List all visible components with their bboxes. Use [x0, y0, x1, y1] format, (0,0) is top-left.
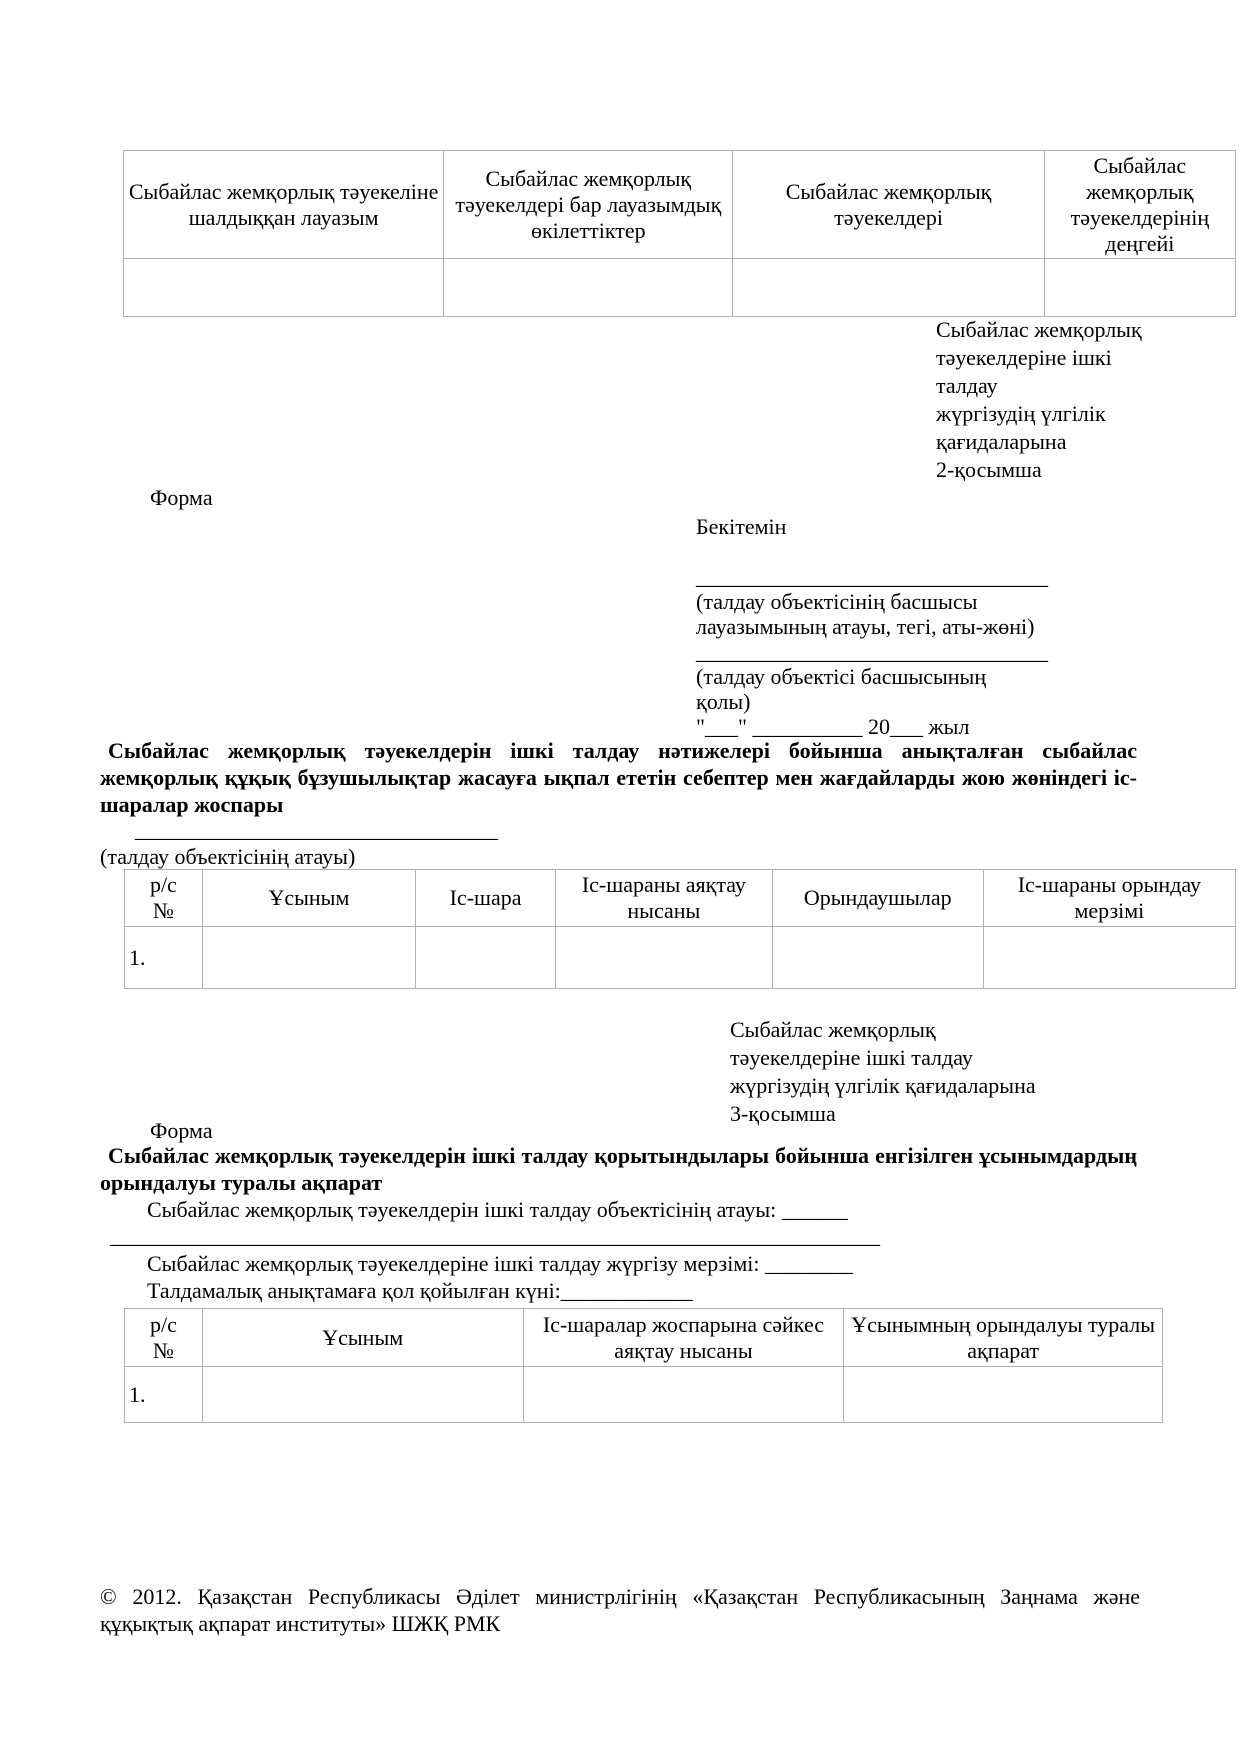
table-header-row: Сыбайлас жемқорлық тәуекеліне шалдыққан … [124, 151, 1236, 259]
action-plan-table: р/с № Ұсыным Іс-шара Іс-шараны аяқтау ны… [124, 869, 1236, 989]
appendix-2-reference: Сыбайлас жемқорлық тәуекелдеріне ішкі та… [936, 316, 1226, 484]
table-cell [556, 927, 773, 989]
col-header-number: р/с № [125, 1309, 203, 1367]
table-cell [202, 1367, 523, 1423]
table-row [124, 259, 1236, 317]
table-cell [523, 1367, 844, 1423]
object-name-field: Сыбайлас жемқорлық тәуекелдерін ішкі тал… [147, 1196, 848, 1223]
table-cell [416, 927, 556, 989]
col-header-risk-level: Сыбайлас жемқорлық тәуекелдерінің деңгей… [1044, 151, 1235, 259]
table-cell [772, 927, 983, 989]
col-header-implementation-info: Ұсынымның орындалуы туралы ақпарат [844, 1309, 1163, 1367]
recommendation-info-table: р/с № Ұсыным Іс-шаралар жоспарына сәйкес… [124, 1308, 1163, 1423]
action-plan-heading: Сыбайлас жемқорлық тәуекелдерін ішкі тал… [100, 737, 1137, 818]
table-header-row: р/с № Ұсыным Іс-шара Іс-шараны аяқтау ны… [125, 870, 1236, 927]
approval-block: Бекітемін ______________________________… [696, 514, 1096, 739]
corruption-risk-table: Сыбайлас жемқорлық тәуекеліне шалдыққан … [123, 150, 1236, 317]
signature-date-field: Талдамалық анықтамаға қол қойылған күні:… [147, 1277, 693, 1304]
table-cell [202, 927, 415, 989]
appendix-3-reference: Сыбайлас жемқорлық тәуекелдеріне ішкі та… [730, 1016, 1110, 1128]
object-name-caption: (талдау объектісінің атауы) [100, 843, 355, 870]
col-header-completion-form: Іс-шаралар жоспарына сәйкес аяқтау нысан… [523, 1309, 844, 1367]
table-cell [733, 259, 1044, 317]
table-header-row: р/с № Ұсыным Іс-шаралар жоспарына сәйкес… [125, 1309, 1163, 1367]
col-header-recommendation: Ұсыным [202, 1309, 523, 1367]
col-header-completion-form: Іс-шараны аяқтау нысаны [556, 870, 773, 927]
col-header-risks: Сыбайлас жемқорлық тәуекелдері [733, 151, 1044, 259]
row-number-cell: 1. [125, 927, 203, 989]
form-label: Форма [150, 484, 213, 511]
col-header-measure: Іс-шара [416, 870, 556, 927]
implementation-info-heading: Сыбайлас жемқорлық тәуекелдерін ішкі тал… [100, 1142, 1137, 1196]
analysis-period-field: Сыбайлас жемқорлық тәуекелдеріне ішкі та… [147, 1250, 853, 1277]
col-header-powers: Сыбайлас жемқорлық тәуекелдері бар лауаз… [444, 151, 733, 259]
col-header-executors: Орындаушылар [772, 870, 983, 927]
blank-fill-line: ________________________________________… [110, 1222, 880, 1249]
col-header-number: р/с № [125, 870, 203, 927]
document-page: Сыбайлас жемқорлық тәуекеліне шалдыққан … [0, 0, 1241, 1755]
table-cell [983, 927, 1235, 989]
col-header-recommendation: Ұсыным [202, 870, 415, 927]
table-row: 1. [125, 927, 1236, 989]
table-cell [124, 259, 444, 317]
col-header-deadline: Іс-шараны орындау мерзімі [983, 870, 1235, 927]
table-cell [844, 1367, 1163, 1423]
object-name-blank-line: _________________________________ [135, 816, 498, 843]
row-number-cell: 1. [125, 1367, 203, 1423]
col-header-position: Сыбайлас жемқорлық тәуекеліне шалдыққан … [124, 151, 444, 259]
copyright-notice: © 2012. Қазақстан Республикасы Әділет ми… [100, 1583, 1140, 1637]
form-label: Форма [150, 1117, 213, 1144]
table-cell [444, 259, 733, 317]
table-cell [1044, 259, 1235, 317]
table-row: 1. [125, 1367, 1163, 1423]
